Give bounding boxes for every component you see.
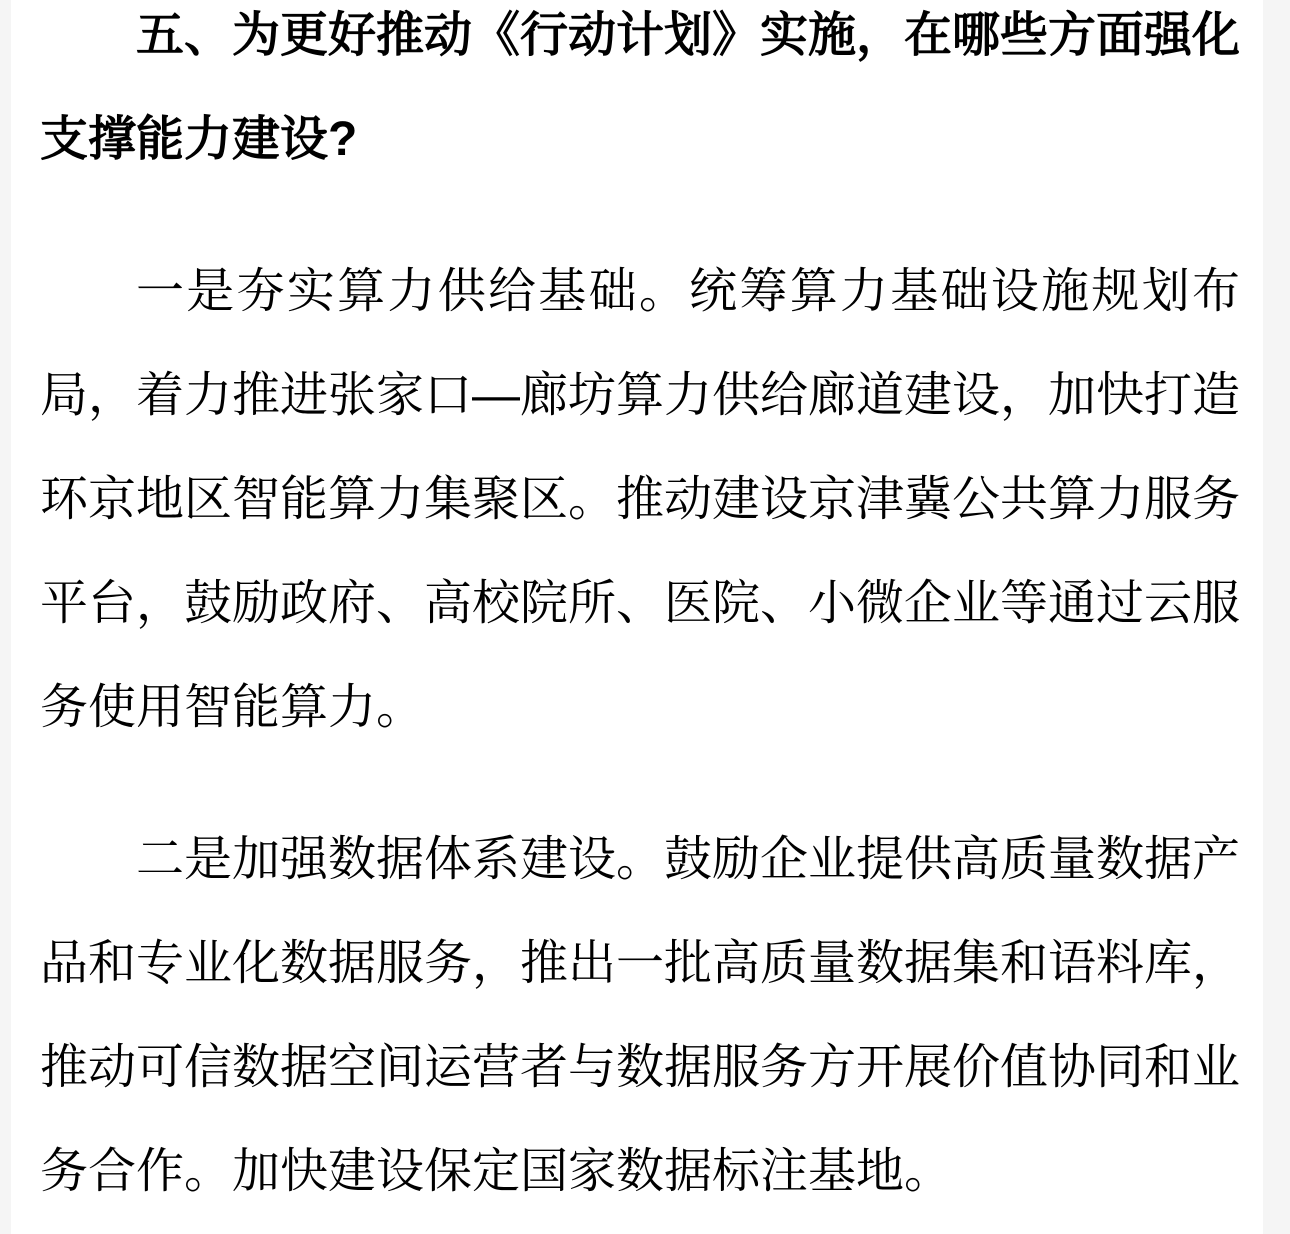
paragraph-computing-power: 一是夯实算力供给基础。统筹算力基础设施规划布局，着力推进张家口—廊坊算力供给廊道… [40,240,1240,760]
section-heading: 五、为更好推动《行动计划》实施，在哪些方面强化支撑能力建设? [40,0,1240,192]
paragraph-data-system: 二是加强数据体系建设。鼓励企业提供高质量数据产品和专业化数据服务，推出一批高质量… [40,808,1240,1224]
page-background: { "article": { "heading": "五、为更好推动《行动计划》… [0,0,1290,1234]
article-content-panel: 五、为更好推动《行动计划》实施，在哪些方面强化支撑能力建设? 一是夯实算力供给基… [11,0,1263,1234]
